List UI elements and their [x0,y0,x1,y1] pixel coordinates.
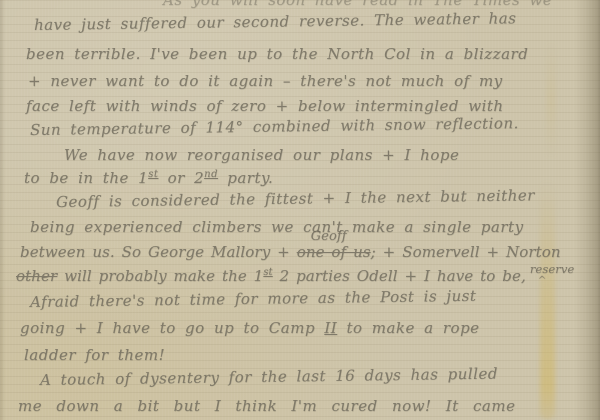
struck-text: other [16,267,57,285]
line-segment: or 2 [158,169,204,187]
inserted-word: Geoff [311,229,347,244]
handwritten-line: between us. So George Mallory + one of u… [20,243,561,261]
line-segment: to make a rope [337,319,479,337]
line-segment: going + I have to go up to Camp [20,319,324,337]
letter-paper: As you will soon have read in The Times … [0,0,600,420]
handwritten-line: being experienced climbers we can't make… [30,218,524,236]
handwritten-line: We have now reorganised our plans + I ho… [64,146,459,164]
ordinal-superscript: st [263,267,272,278]
handwritten-line: + never want to do it again – there's no… [28,72,503,90]
ordinal-superscript: st [148,169,158,180]
line-segment: will probably make the 1 [57,267,263,285]
handwritten-line: As you will soon have read in The Times … [163,0,552,9]
caret-mark: ^ [538,275,546,286]
ordinal-superscript: nd [204,169,218,180]
handwritten-line: Afraid there's not time for more as the … [30,287,477,311]
handwritten-line: have just suffered our second reverse. T… [34,9,517,34]
handwritten-line: Sun temperature of 114° combined with sn… [30,114,519,139]
handwritten-line: to be in the 1st or 2nd party. [24,169,273,187]
line-segment: 2 parties Odell + I have to be, [273,267,526,285]
line-segment: to be in the 1 [24,169,148,187]
underlined-text: II [324,319,337,337]
handwritten-line: been terrible. I've been up to the North… [26,45,528,63]
handwritten-line: face left with winds of zero + below int… [26,97,504,115]
handwritten-line: other will probably make the 1st 2 parti… [16,267,574,285]
handwritten-line: ladder for them! [24,346,165,364]
handwritten-line: A touch of dysentery for the last 16 day… [40,365,498,389]
struck-text: one of us [297,243,371,261]
line-segment: party. [218,169,273,187]
handwritten-line: going + I have to go up to Camp II to ma… [20,319,480,337]
correction: ^reserve [530,267,575,285]
line-segment: between us. So George Mallory + [20,243,297,261]
handwritten-line: me down a bit but I think I'm cured now!… [18,397,515,415]
inserted-word: reserve [530,262,575,276]
handwritten-line: Geoff is considered the fittest + I the … [56,186,535,211]
correction: one of usGeoff [297,243,371,261]
line-segment: ; + Somervell + Norton [371,243,561,261]
handwritten-letter-body: As you will soon have read in The Times … [0,0,600,420]
